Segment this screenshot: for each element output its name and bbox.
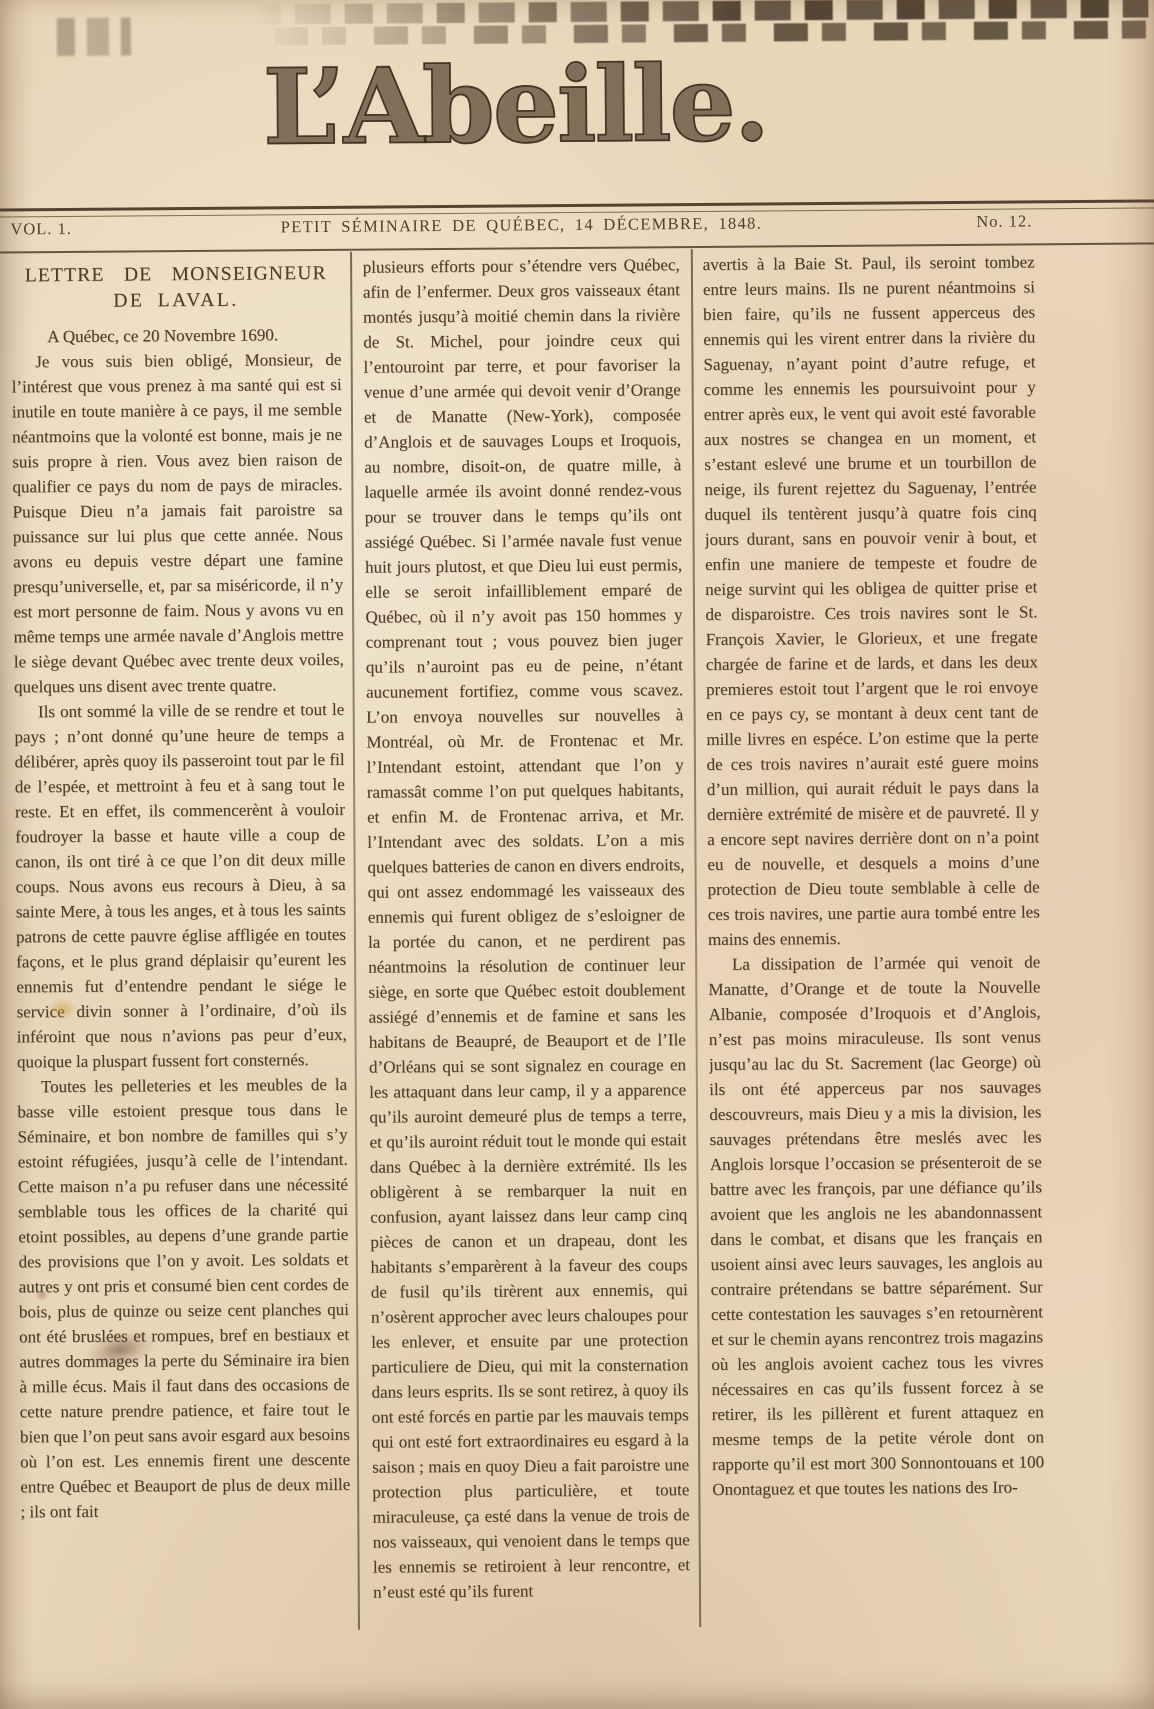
article-paragraph: Toutes les pelleteries et les meubles de… [17, 1072, 351, 1525]
ink-dot [35, 1289, 49, 1301]
article-heading-line2: DE LAVAL. [11, 287, 341, 325]
volume-label: VOL. 1. [10, 219, 120, 240]
masthead-title: L’Abeille. [0, 26, 1036, 184]
article-heading-line1: LETTRE DE MONSEIGNEUR [11, 255, 341, 290]
column-separator-left [350, 252, 360, 1630]
issue-number: No. 12. [922, 211, 1032, 232]
article-paragraph: plusieurs efforts pour s’étendre vers Qu… [363, 252, 691, 1604]
column-2: plusieurs efforts pour s’étendre vers Qu… [363, 252, 691, 1622]
newspaper-page: L’Abeille. VOL. 1. PETIT SÉMINAIRE DE QU… [0, 0, 1154, 1709]
column-separator-right [691, 249, 701, 1627]
article-paragraph: La dissipation de l’armée qui venoit de … [708, 949, 1044, 1502]
article-paragraph: avertis à la Baie St. Paul, ils seroint … [703, 249, 1040, 952]
column-1: LETTRE DE MONSEIGNEUR DE LAVAL. A Québec… [11, 255, 352, 1626]
article-paragraph: Je vous suis bien obligé, Monsieur, de l… [11, 347, 344, 700]
seminary-dateline: PETIT SÉMINAIRE DE QUÉBEC, 14 DÉCEMBRE, … [120, 212, 922, 238]
scanned-sheet: L’Abeille. VOL. 1. PETIT SÉMINAIRE DE QU… [0, 0, 1154, 1709]
paper-stain [48, 998, 76, 1020]
column-3: avertis à la Baie St. Paul, ils seroint … [703, 249, 1046, 1620]
article-dateline: A Québec, ce 20 Novembre 1690. [11, 322, 341, 350]
